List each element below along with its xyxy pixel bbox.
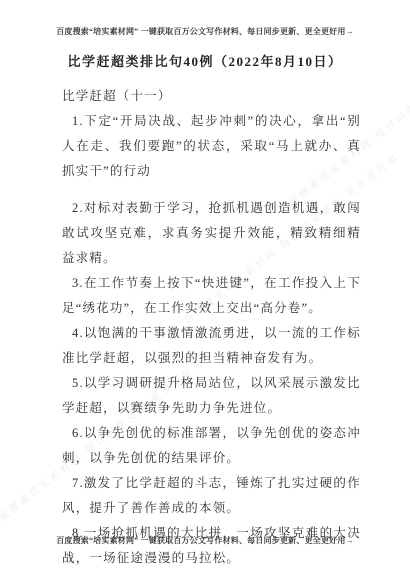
- list-item-8: 8.一场抢抓机遇的大比拼，一场攻坚克难的大决战，一场征途漫漫的马拉松。: [62, 521, 361, 571]
- document-title: 比学赶超类排比句40例（2022年8月10日）: [0, 51, 410, 70]
- list-item-2: 2.对标对表勤于学习，抢抓机遇创造机遇，敢闯敢试攻坚克难，求真务实提升效能，精致…: [62, 196, 361, 271]
- document-page: 百度搜索培实素材网 每日同步更新 更全更好用 百度搜索培实素材网 每日同步更新 …: [0, 0, 410, 580]
- list-item-4: 4.以饱满的干事激情激流勇进，以一流的工作标准比学赶超，以强烈的担当精神奋发有为…: [62, 321, 361, 371]
- document-body: 比学赶超（十一） 1.下定“开局决战、起步冲刺”的决心，拿出“别人在走、我们要跑…: [62, 84, 361, 571]
- section-heading: 比学赶超（十一）: [62, 84, 361, 109]
- page-footer-promo-text: 百度搜索“培实素材网” 一键获取百万公文写作材料、每日同步更新、更全更好用→: [0, 535, 410, 546]
- page-header-promo-text: 百度搜索“培实素材网” 一键获取百万公文写作材料、每日同步更新、更全更好用→: [0, 26, 410, 37]
- list-item-3: 3.在工作节奏上按下“快进键”，在工作投入上下足“绣花功”，在工作实效上交出“高…: [62, 271, 361, 321]
- list-item-1: 1.下定“开局决战、起步冲刺”的决心，拿出“别人在走、我们要跑”的状态，采取“马…: [62, 109, 361, 184]
- list-item-6: 6.以争先创优的标准部署，以争先创优的姿态冲刺，以争先创优的结果评价。: [62, 421, 361, 471]
- list-item-5: 5.以学习调研提升格局站位，以风采展示激发比学赶超，以赛绩争先助力争先进位。: [62, 371, 361, 421]
- list-item-7: 7.激发了比学赶超的斗志，锤炼了扎实过硬的作风，提升了善作善成的本领。: [62, 471, 361, 521]
